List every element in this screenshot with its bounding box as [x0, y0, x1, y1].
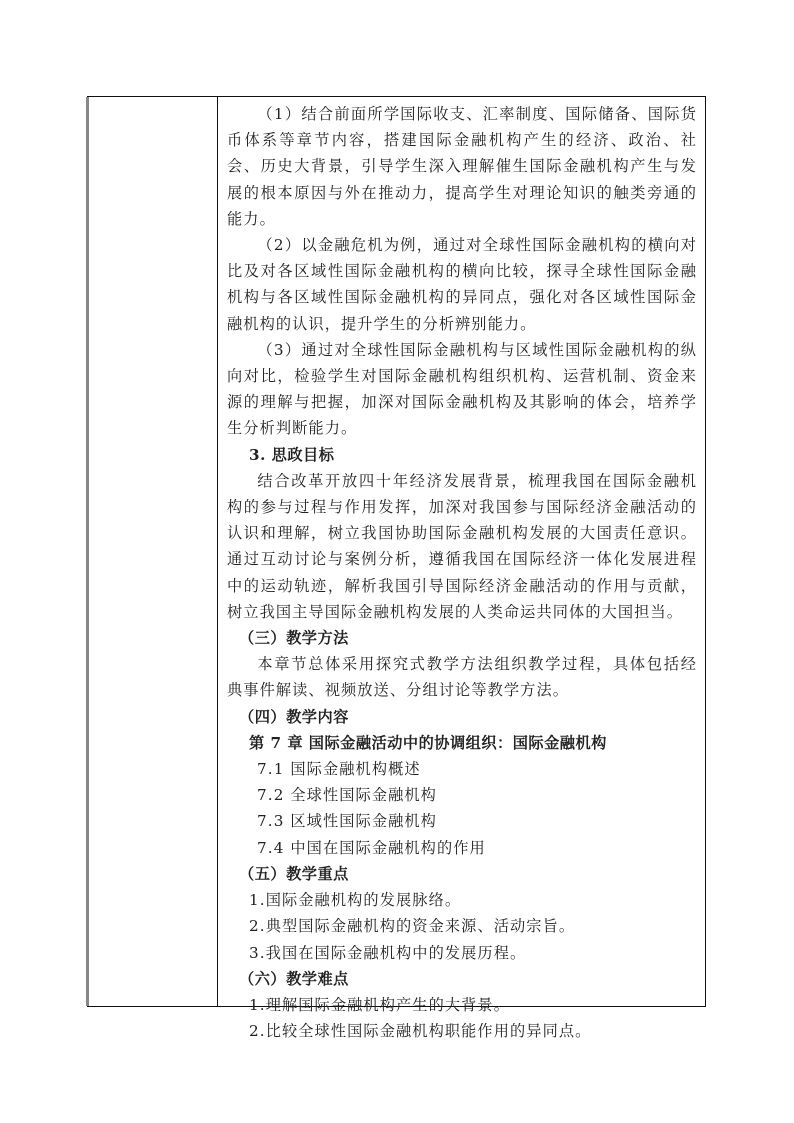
difficult-point-item: 2.比较全球性国际金融机构职能作用的异同点。 [227, 1018, 697, 1044]
table-left-column [88, 97, 218, 1006]
section-item: 7.1 国际金融机构概述 [227, 756, 697, 782]
key-point-item: 3.我国在国际金融机构中的发展历程。 [227, 940, 697, 966]
sizheng-paragraph: 结合改革开放四十年经济发展背景，梳理我国在国际金融机构的参与过程与作用发挥，加深… [227, 468, 697, 625]
key-point-item: 1.国际金融机构的发展脉络。 [227, 887, 697, 913]
section-item: 7.4 中国在国际金融机构的作用 [227, 835, 697, 861]
heading-sizheng: 3. 思政目标 [227, 442, 697, 468]
objective-paragraph-3: （3）通过对全球性国际金融机构与区域性国际金融机构的纵向对比，检验学生对国际金融… [227, 337, 697, 442]
chapter-title: 第 7 章 国际金融活动中的协调组织：国际金融机构 [227, 730, 697, 756]
section-item: 7.3 区域性国际金融机构 [227, 808, 697, 834]
objective-paragraph-1: （1）结合前面所学国际收支、汇率制度、国际储备、国际货币体系等章节内容，搭建国际… [227, 101, 697, 232]
heading-content: （四）教学内容 [227, 704, 697, 730]
table-left-border [86, 97, 89, 1006]
method-paragraph: 本章节总体采用探究式教学方法组织教学过程，具体包括经典事件解读、视频放送、分组讨… [227, 651, 697, 703]
heading-method: （三）教学方法 [227, 625, 697, 651]
difficult-point-item: 1.理解国际金融机构产生的大背景。 [227, 992, 697, 1018]
document-table: （1）结合前面所学国际收支、汇率制度、国际储备、国际货币体系等章节内容，搭建国际… [87, 96, 706, 1007]
section-item: 7.2 全球性国际金融机构 [227, 782, 697, 808]
key-point-item: 2.典型国际金融机构的资金来源、活动宗旨。 [227, 913, 697, 939]
table-right-column: （1）结合前面所学国际收支、汇率制度、国际储备、国际货币体系等章节内容，搭建国际… [218, 97, 705, 1006]
heading-key-points: （五）教学重点 [227, 861, 697, 887]
objective-paragraph-2: （2）以金融危机为例，通过对全球性国际金融机构的横向对比及对各区域性国际金融机构… [227, 232, 697, 337]
heading-difficult-points: （六）教学难点 [227, 966, 697, 992]
